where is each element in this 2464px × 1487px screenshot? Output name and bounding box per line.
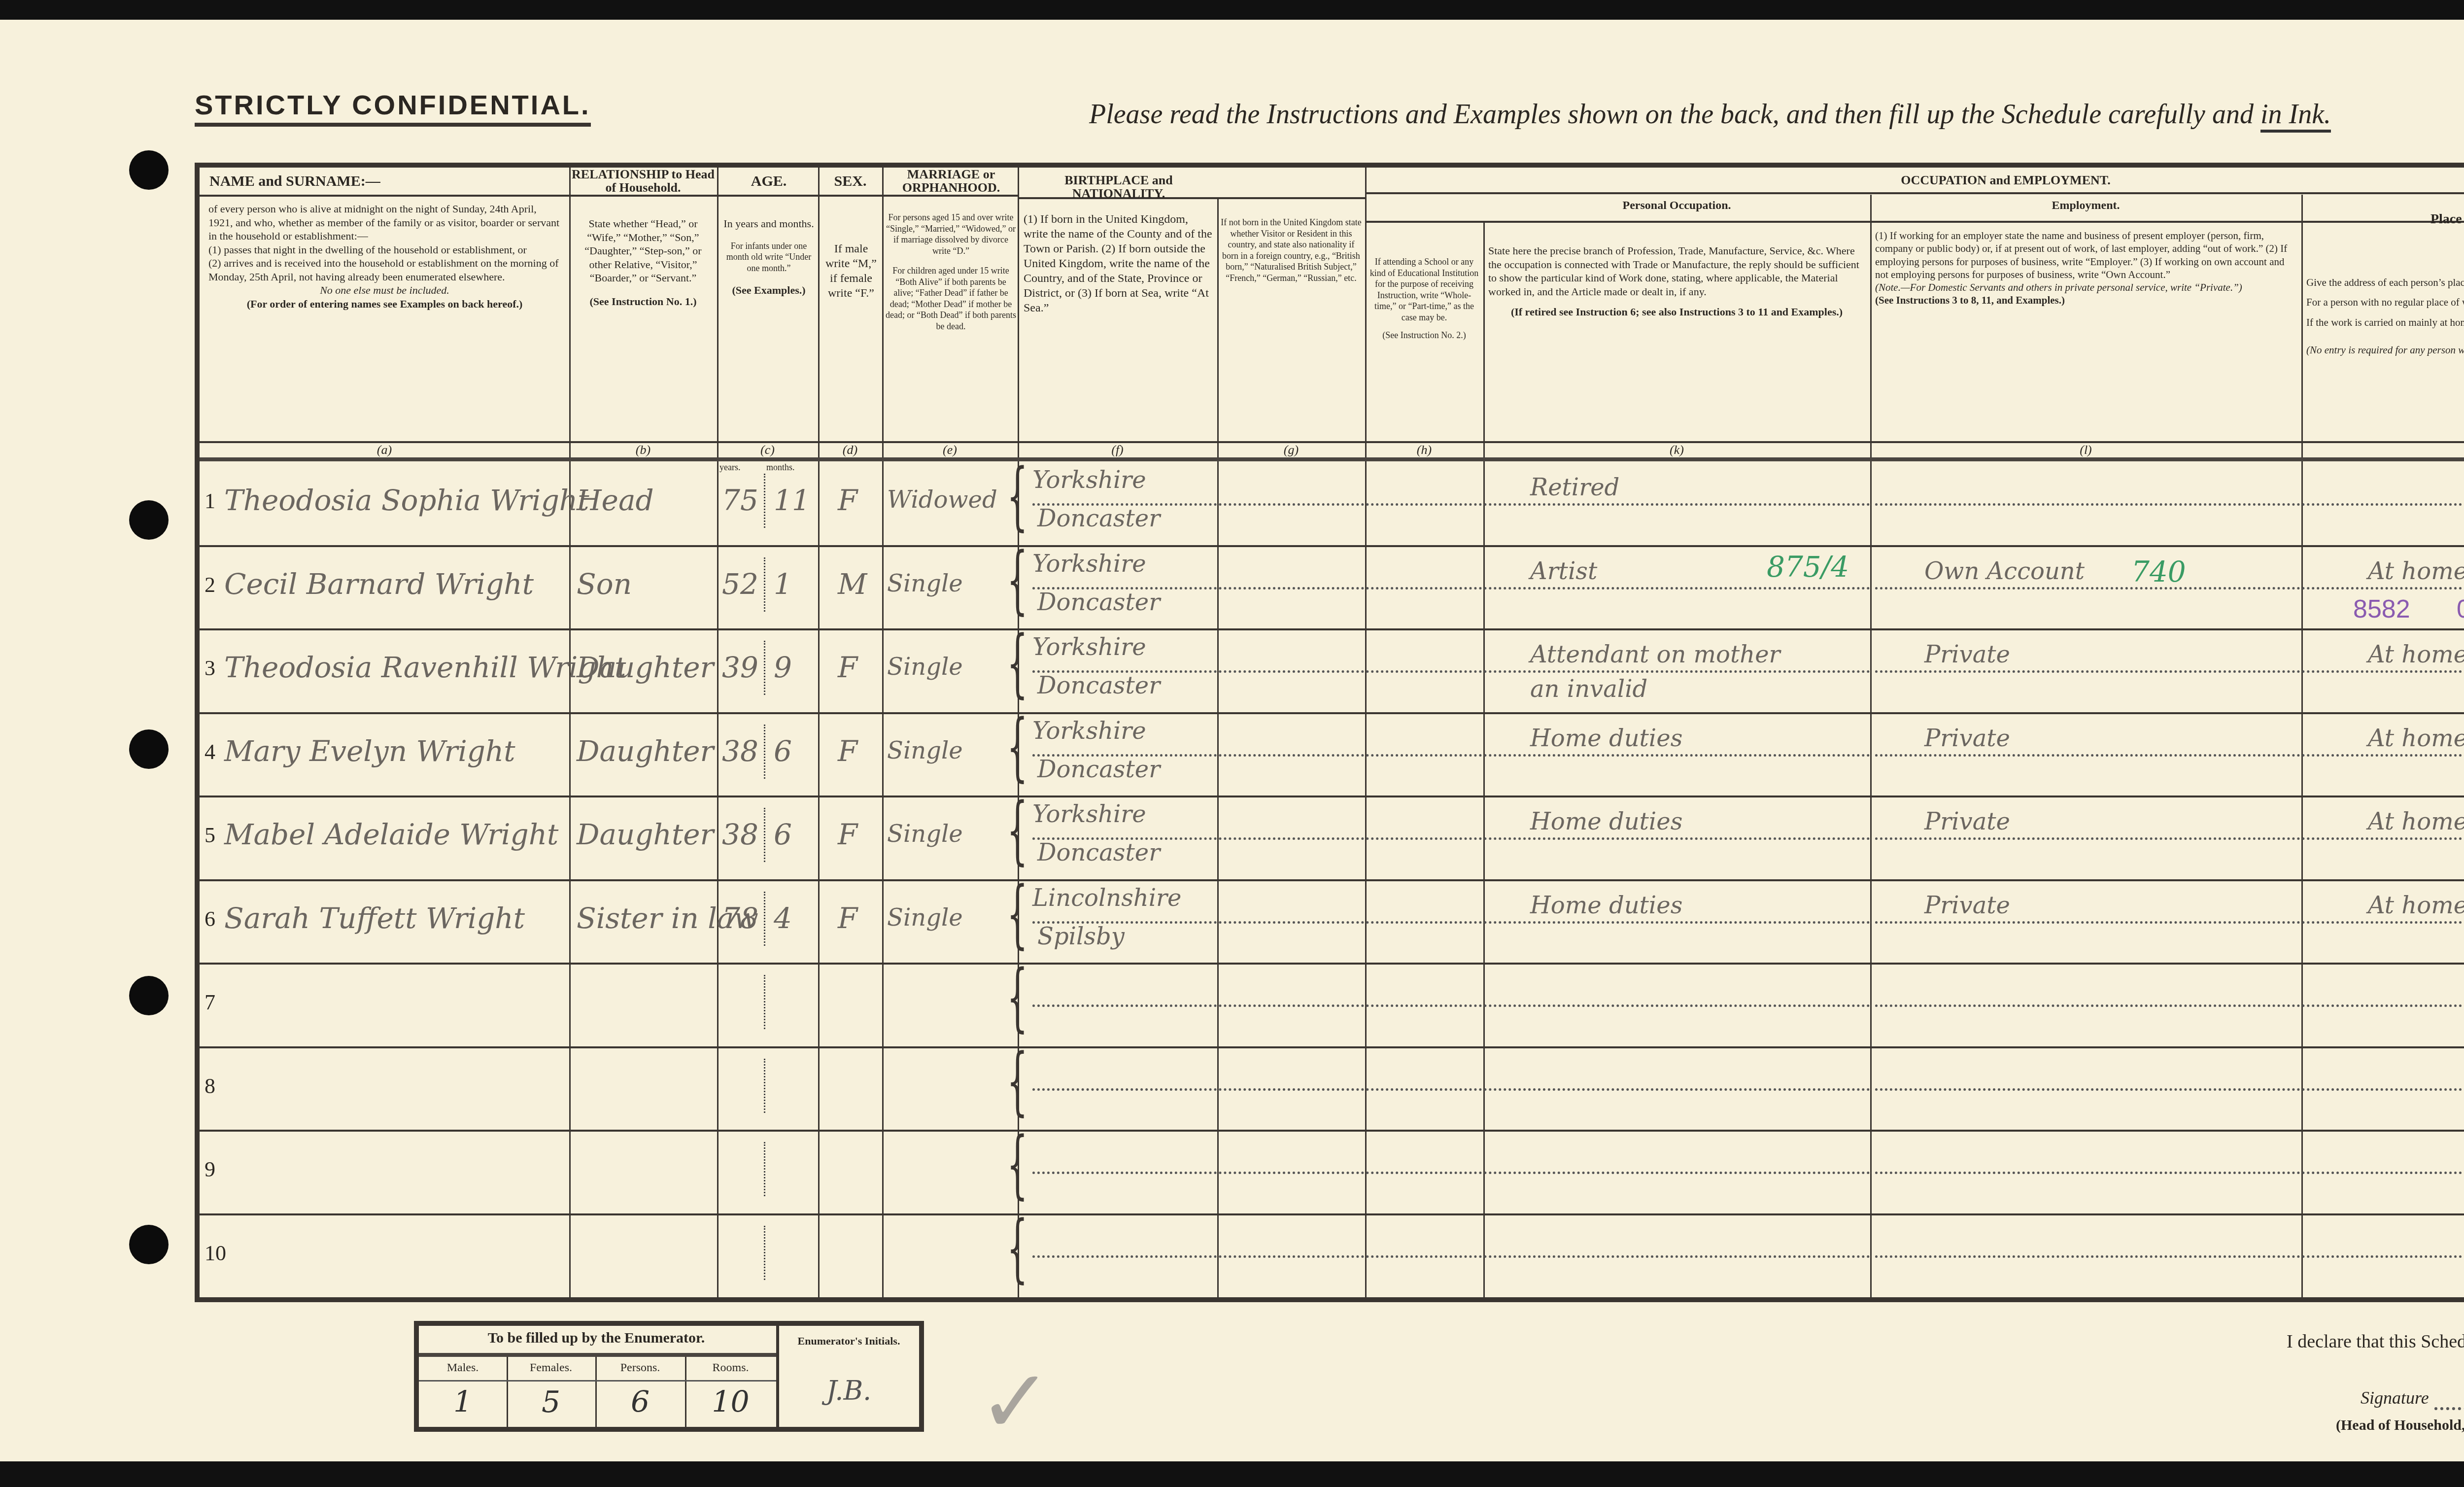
signature-note: (Head of Household, Manager of Establish… <box>2336 1417 2464 1434</box>
punch-hole <box>129 729 169 769</box>
row-mid-dotted <box>1875 503 2464 506</box>
col-b-desc: State whether “Head,” or “Wife,” “Mother… <box>574 217 712 285</box>
persons-count[interactable]: 6 <box>595 1385 685 1419</box>
col-m-desc-3: If the work is carried on mainly at home… <box>2306 316 2464 329</box>
col-c-title: AGE. <box>719 173 818 189</box>
age-divider <box>764 1059 765 1113</box>
age-divider <box>764 1226 765 1280</box>
persons-label: Persons. <box>595 1361 685 1375</box>
col-b-description: State whether “Head,” or “Wife,” “Mother… <box>574 217 712 308</box>
sex-cell[interactable]: F <box>838 651 857 684</box>
row-rule <box>200 1130 2464 1132</box>
col-a-desc-intro: of every person who is alive at midnight… <box>208 202 561 243</box>
row-mid-dotted <box>1875 754 2464 757</box>
row-number: 10 <box>205 1241 226 1266</box>
employment-code: 740 <box>2131 555 2186 588</box>
age-divider <box>764 557 765 612</box>
col-l-desc: (1) If working for an employer state the… <box>1875 229 2296 281</box>
col-h-note: (See Instruction No. 2.) <box>1368 330 1481 341</box>
males-label: Males. <box>419 1361 507 1375</box>
row-mid-dotted <box>1875 1172 2464 1174</box>
col-a-desc-2: (2) arrives and is received into the hou… <box>208 256 561 283</box>
name-cell[interactable]: Theodosia Sophia Wright <box>224 484 589 517</box>
occupation-cell[interactable]: Artist <box>1530 557 1597 585</box>
enumerator-totals-box: To be filled up by the Enumerator. Enume… <box>414 1321 924 1432</box>
row-number: 2 <box>205 572 215 597</box>
occupation-cell[interactable]: Home duties <box>1530 892 1682 919</box>
col-l-letter: (l) <box>1870 443 2301 457</box>
sex-cell[interactable]: F <box>838 901 857 935</box>
col-divider <box>1870 195 1872 1297</box>
age-divider <box>764 975 765 1029</box>
col-k-note: (If retired see Instruction 6; see also … <box>1488 305 1865 319</box>
row-number: 5 <box>205 823 215 848</box>
place-of-work-cell[interactable]: At home <box>2368 641 2464 668</box>
punch-hole <box>129 1225 169 1264</box>
signature-line <box>2434 1407 2464 1410</box>
place-of-work-cell[interactable]: At home <box>2368 557 2464 585</box>
employment-cell[interactable]: Private <box>1924 641 2010 668</box>
sex-cell[interactable]: M <box>838 567 867 601</box>
sex-cell[interactable]: F <box>838 484 857 517</box>
relationship-cell[interactable]: Head <box>577 484 654 517</box>
age-divider <box>764 474 765 528</box>
age-years-subheader: years. <box>719 462 740 473</box>
check-mark-icon: ✓ <box>978 1350 1053 1453</box>
marriage-cell[interactable]: Single <box>887 820 963 848</box>
age-divider <box>764 892 765 946</box>
occupation-cell[interactable]: Attendant on mother <box>1530 641 1780 668</box>
brace-icon: { <box>1007 459 1028 533</box>
col-a-description: of every person who is alive at midnight… <box>208 202 561 311</box>
col-k-title: Personal Occupation. <box>1483 200 1870 212</box>
age-divider <box>764 808 765 862</box>
col-c-note2: (See Examples.) <box>722 283 816 297</box>
females-count[interactable]: 5 <box>507 1385 595 1419</box>
place-of-work-cell[interactable]: At home <box>2368 725 2464 752</box>
col-a-desc-4: (For order of entering names see Example… <box>208 297 561 311</box>
col-f-letter: (f) <box>1018 443 1217 457</box>
brace-icon: { <box>1007 961 1028 1035</box>
header-rule <box>1365 192 2464 194</box>
birth-county-cell[interactable]: Lincolnshire <box>1032 884 1181 912</box>
brace-icon: { <box>1007 1044 1028 1118</box>
brace-icon: { <box>1007 710 1028 784</box>
occupation-code: 875/4 <box>1767 550 1849 584</box>
col-l-note: (Note.—For Domestic Servants and others … <box>1875 281 2296 294</box>
employment-cell[interactable]: Private <box>1924 725 2010 752</box>
age-years-cell[interactable]: 75 <box>722 484 758 517</box>
col-e-desc: For persons aged 15 and over write “Sing… <box>886 212 1016 256</box>
row-number: 6 <box>205 906 215 932</box>
occupation-cell-line2[interactable]: an invalid <box>1530 675 1647 703</box>
age-months-cell[interactable]: 4 <box>774 901 792 935</box>
punch-hole <box>129 976 169 1015</box>
col-e-letter: (e) <box>882 443 1018 457</box>
initials-label: Enumerator's Initials. <box>779 1335 919 1348</box>
employment-cell[interactable]: Private <box>1924 892 2010 919</box>
row-mid-dotted <box>1032 1088 1870 1091</box>
brace-icon: { <box>1007 877 1028 951</box>
place-of-work-stamp: 8582 <box>2353 594 2410 624</box>
col-divider <box>882 168 884 1297</box>
col-c-note: For infants under one month old write “U… <box>722 241 816 274</box>
col-k-desc: State here the precise branch of Profess… <box>1488 244 1865 298</box>
col-divider <box>569 168 571 1297</box>
col-divider <box>1217 197 1219 1297</box>
col-divider <box>717 168 719 1297</box>
age-divider <box>764 725 765 779</box>
employment-cell[interactable]: Private <box>1924 808 2010 835</box>
birth-town-cell[interactable]: Doncaster <box>1037 672 1160 699</box>
name-cell[interactable]: Theodosia Ravenhill Wright <box>224 651 626 684</box>
col-h-letter: (h) <box>1365 443 1483 457</box>
rule <box>419 1353 776 1357</box>
confidential-heading: STRICTLY CONFIDENTIAL. <box>195 89 591 127</box>
row-number: 8 <box>205 1073 215 1099</box>
brace-icon: { <box>1007 794 1028 867</box>
age-years-cell[interactable]: 38 <box>722 734 758 768</box>
row-rule <box>200 1213 2464 1215</box>
row-mid-dotted <box>1875 921 2464 924</box>
col-m-desc-2: For a person with no regular place of wo… <box>2306 296 2464 309</box>
birth-town-cell[interactable]: Doncaster <box>1037 588 1160 616</box>
birth-town-cell[interactable]: Doncaster <box>1037 839 1160 866</box>
col-d-letter: (d) <box>818 443 882 457</box>
occupation-cell[interactable]: Home duties <box>1530 725 1682 752</box>
col-a-desc-3: No one else must be included. <box>208 283 561 297</box>
col-f-description: (1) If born in the United Kingdom, write… <box>1024 212 1213 315</box>
header-rule <box>1365 221 1483 223</box>
place-of-work-cell[interactable]: At home <box>2368 892 2464 919</box>
rooms-label: Rooms. <box>685 1361 776 1375</box>
header-rule <box>200 195 1018 197</box>
col-h-description: If attending a School or any kind of Edu… <box>1368 256 1481 341</box>
row-number: 3 <box>205 656 215 681</box>
row-mid-dotted <box>1032 1172 1870 1174</box>
row-number: 9 <box>205 1157 215 1182</box>
col-divider <box>1365 168 1367 1297</box>
age-years-cell[interactable]: 52 <box>722 567 758 601</box>
row-mid-dotted <box>1875 670 2464 673</box>
data-start-rule <box>200 457 2464 461</box>
col-e-title: MARRIAGE or ORPHANHOOD. <box>885 168 1018 195</box>
col-divider <box>818 168 820 1297</box>
punch-hole <box>129 150 169 190</box>
col-g-description: If not born in the United Kingdom state … <box>1220 217 1363 283</box>
age-years-cell[interactable]: 38 <box>722 818 758 851</box>
col-e-description: For persons aged 15 and over write “Sing… <box>886 212 1016 332</box>
birth-county-cell[interactable]: Yorkshire <box>1032 633 1146 661</box>
row-rule <box>200 963 2464 965</box>
birth-town-cell[interactable]: Doncaster <box>1037 505 1160 532</box>
relationship-cell[interactable]: Daughter <box>577 734 714 768</box>
instructions-text: Please read the Instructions and Example… <box>1089 99 2260 130</box>
sex-cell[interactable]: F <box>838 818 857 851</box>
household-schedule-table: NAME and SURNAME:— RELATIONSHIP to Head … <box>195 163 2464 1302</box>
col-d-title: SEX. <box>820 173 881 189</box>
marriage-cell[interactable]: Single <box>887 653 963 681</box>
col-b-letter: (b) <box>569 443 717 457</box>
brace-icon: { <box>1007 543 1028 617</box>
brace-icon: { <box>1007 1128 1028 1202</box>
employment-cell[interactable]: Own Account <box>1924 557 2085 585</box>
name-cell[interactable]: Sarah Tuffett Wright <box>224 901 525 935</box>
females-label: Females. <box>507 1361 595 1375</box>
col-a-title: NAME and SURNAME:— <box>209 173 416 189</box>
birth-county-cell[interactable]: Yorkshire <box>1032 550 1146 578</box>
col-l-description: (1) If working for an employer state the… <box>1875 229 2296 307</box>
col-k-letter: (k) <box>1483 443 1870 457</box>
age-months-cell[interactable]: 1 <box>774 567 792 601</box>
age-years-cell[interactable]: 39 <box>722 651 758 684</box>
col-divider <box>1483 222 1485 1297</box>
row-rule <box>200 545 2464 547</box>
occupation-cell[interactable]: Retired <box>1530 474 1619 501</box>
col-c-letter: (c) <box>717 443 818 457</box>
col-l-title: Employment. <box>1870 200 2301 212</box>
instructions-emphasis: in Ink. <box>2260 99 2331 133</box>
sex-cell[interactable]: F <box>838 734 857 768</box>
name-cell[interactable]: Mary Evelyn Wright <box>224 734 515 768</box>
row-number: 7 <box>205 990 215 1015</box>
row-mid-dotted <box>1875 837 2464 840</box>
rule <box>419 1380 776 1382</box>
col-m-description: Give the address of each person’s place … <box>2306 276 2464 356</box>
col-b-title: RELATIONSHIP to Head of Household. <box>572 168 715 195</box>
col-m-letter: (m) <box>2301 443 2464 457</box>
col-d-description: If male write “M,” if female write “F.” <box>821 242 881 301</box>
col-h-desc: If attending a School or any kind of Edu… <box>1368 256 1481 323</box>
col-divider <box>2301 195 2303 1297</box>
row-rule <box>200 795 2464 797</box>
punch-hole <box>129 500 169 540</box>
col-m-title: Place of Work. <box>2301 212 2464 226</box>
row-mid-dotted <box>1032 1004 1870 1007</box>
birth-town-cell[interactable]: Doncaster <box>1037 756 1160 783</box>
age-months-cell[interactable]: 6 <box>774 734 792 768</box>
occupation-title: OCCUPATION and EMPLOYMENT. <box>1365 173 2464 187</box>
marriage-cell[interactable]: Widowed <box>887 486 997 514</box>
col-m-note: (No entry is required for any person who… <box>2306 344 2464 356</box>
col-l-note2: (See Instructions 3 to 8, 11, and Exampl… <box>1875 294 2296 307</box>
relationship-cell[interactable]: Son <box>577 567 632 601</box>
birth-town-cell[interactable]: Spilsby <box>1037 923 1125 950</box>
age-divider <box>764 641 765 695</box>
row-mid-dotted <box>1875 1088 2464 1091</box>
row-number: 4 <box>205 739 215 764</box>
row-mid-dotted <box>1875 1004 2464 1007</box>
col-b-note: (See Instruction No. 1.) <box>574 295 712 309</box>
occupation-cell[interactable]: Home duties <box>1530 808 1682 835</box>
birth-county-cell[interactable]: Yorkshire <box>1032 717 1146 745</box>
signature-label: Signature <box>2361 1387 2429 1408</box>
enumerator-box-title: To be filled up by the Enumerator. <box>419 1330 774 1347</box>
place-of-work-cell[interactable]: At home <box>2368 808 2464 835</box>
col-c-desc: In years and months. <box>722 217 816 231</box>
brace-icon: { <box>1007 626 1028 700</box>
row-rule <box>200 712 2464 714</box>
enumerator-initials[interactable]: J.B. <box>779 1375 919 1406</box>
place-of-work-stamp-2: 05 <box>2457 594 2464 624</box>
col-g-letter: (g) <box>1217 443 1365 457</box>
males-count[interactable]: 1 <box>419 1385 507 1419</box>
col-a-desc-1: (1) passes that night in the dwelling of… <box>208 243 561 257</box>
birth-county-cell[interactable]: Yorkshire <box>1032 800 1146 828</box>
col-m-desc: Give the address of each person’s place … <box>2306 276 2464 289</box>
row-mid-dotted <box>1032 1255 1870 1258</box>
age-months-cell[interactable]: 6 <box>774 818 792 851</box>
row-rule <box>200 1046 2464 1048</box>
col-e-note: For children aged under 15 write “Both A… <box>886 265 1016 332</box>
col-a-letter: (a) <box>200 443 569 457</box>
row-mid-dotted <box>1875 1255 2464 1258</box>
birthplace-title: BIRTHPLACE and NATIONALITY. <box>1023 173 1215 201</box>
age-divider <box>764 1142 765 1196</box>
col-k-description: State here the precise branch of Profess… <box>1488 244 1865 319</box>
brace-icon: { <box>1007 1211 1028 1285</box>
marriage-cell[interactable]: Single <box>887 570 963 597</box>
instructions-line: Please read the Instructions and Example… <box>1089 99 2331 130</box>
age-months-cell[interactable]: 11 <box>774 484 810 517</box>
marriage-cell[interactable]: Single <box>887 737 963 764</box>
relationship-cell[interactable]: Daughter <box>577 651 714 684</box>
birth-county-cell[interactable]: Yorkshire <box>1032 466 1146 494</box>
row-rule <box>200 628 2464 630</box>
relationship-cell[interactable]: Daughter <box>577 818 714 851</box>
name-cell[interactable]: Cecil Barnard Wright <box>224 567 534 601</box>
age-months-subheader: months. <box>766 462 795 473</box>
age-years-cell[interactable]: 78 <box>722 901 758 935</box>
row-mid-dotted <box>1032 921 1870 924</box>
declaration-text: I declare that this Schedule is correctl… <box>2287 1331 2464 1352</box>
marriage-cell[interactable]: Single <box>887 904 963 932</box>
name-cell[interactable]: Mabel Adelaide Wright <box>224 818 558 851</box>
row-rule <box>200 879 2464 881</box>
col-c-description: In years and months. For infants under o… <box>722 217 816 297</box>
age-months-cell[interactable]: 9 <box>774 651 792 684</box>
row-number: 1 <box>205 488 215 514</box>
rooms-count[interactable]: 10 <box>685 1385 776 1419</box>
